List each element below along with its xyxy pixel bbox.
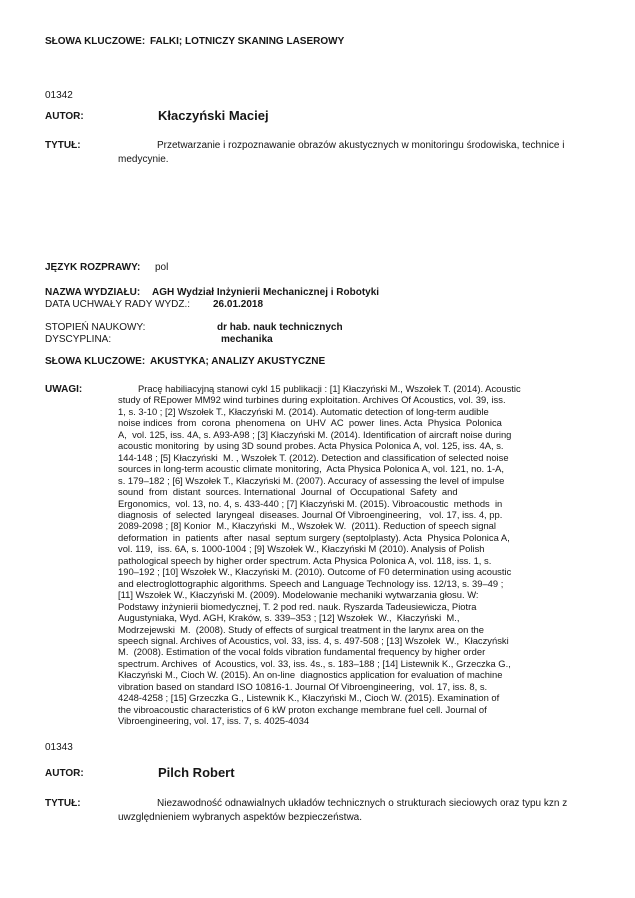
stopien-naukowy-value: dr hab. nauk technicznych (217, 322, 343, 333)
jezyk-rozprawy-label: JĘZYK ROZPRAWY: (45, 262, 140, 273)
slowa-kluczowe-label: SŁOWA KLUCZOWE: (45, 356, 145, 367)
record-number: 01342 (45, 90, 73, 101)
uwagi-label: UWAGI: (45, 384, 82, 395)
data-uchwaly-label: DATA UCHWAŁY RADY WYDZ.: (45, 299, 190, 310)
nazwa-wydzialu-label: NAZWA WYDZIAŁU: (45, 287, 140, 298)
nazwa-wydzialu-value: AGH Wydział Inżynierii Mechanicznej i Ro… (152, 287, 379, 298)
tytul-value: Przetwarzanie i rozpoznawanie obrazów ak… (118, 139, 598, 167)
tytul-label: TYTUŁ: (45, 798, 81, 809)
data-uchwaly-value: 26.01.2018 (213, 299, 263, 310)
jezyk-rozprawy-value: pol (155, 262, 168, 273)
slowa-kluczowe-value: AKUSTYKA; ANALIZY AKUSTYCZNE (150, 356, 325, 367)
autor-value: Kłaczyński Maciej (158, 108, 269, 123)
tytul-label: TYTUŁ: (45, 140, 81, 151)
stopien-naukowy-label: STOPIEŃ NAUKOWY: (45, 322, 145, 333)
dyscyplina-label: DYSCYPLINA: (45, 334, 111, 345)
keywords-top-value: FALKI; LOTNICZY SKANING LASEROWY (150, 36, 344, 47)
autor-value: Pilch Robert (158, 765, 235, 780)
autor-label: AUTOR: (45, 111, 84, 122)
record-number: 01343 (45, 742, 73, 753)
dyscyplina-value: mechanika (221, 334, 273, 345)
bibliographic-record-page: SŁOWA KLUCZOWE: FALKI; LOTNICZY SKANING … (0, 0, 635, 898)
uwagi-value: Pracę habiliacyjną stanowi cykl 15 publi… (118, 383, 600, 727)
keywords-top-label: SŁOWA KLUCZOWE: (45, 36, 145, 47)
autor-label: AUTOR: (45, 768, 84, 779)
tytul-value: Niezawodność odnawialnych układów techni… (118, 797, 598, 825)
